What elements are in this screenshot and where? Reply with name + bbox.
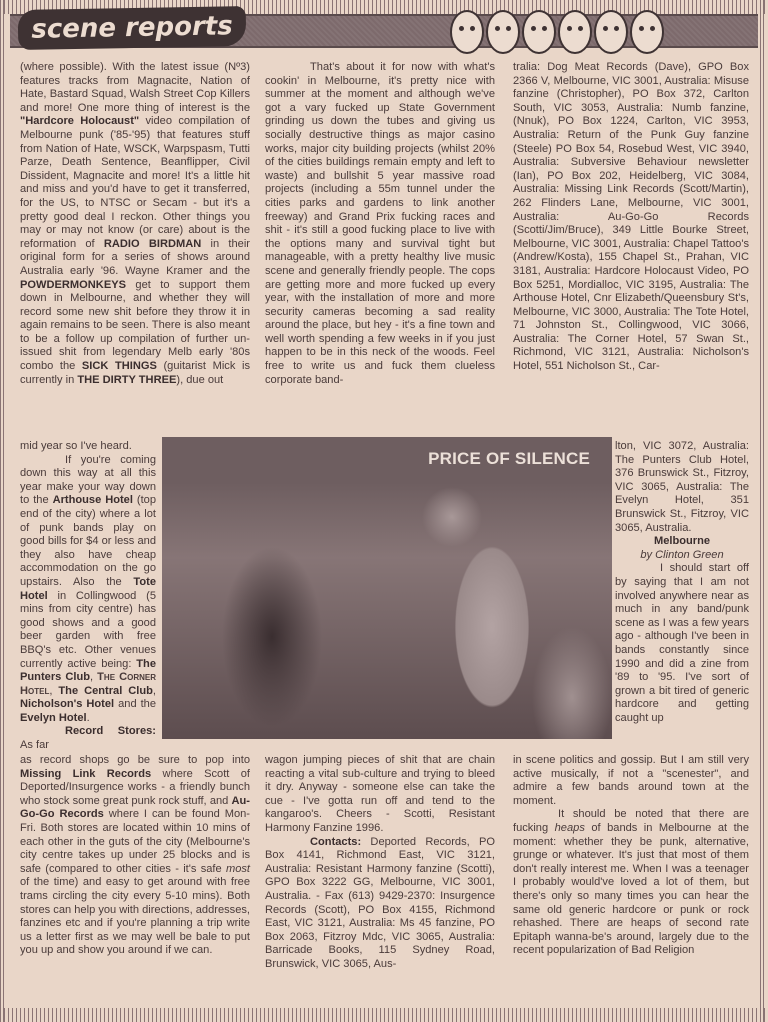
text: and the <box>114 698 156 710</box>
text: (where possible). With the latest issue … <box>20 61 250 114</box>
text: Deported Records, PO Box 4141, Richmond … <box>265 836 495 970</box>
cartoon-faces-illustration <box>450 0 665 54</box>
section-label: Contacts: <box>310 836 361 848</box>
section-heading: Melbourne <box>654 535 710 547</box>
bold-text: Missing Link Records <box>20 768 151 780</box>
column-3-top: tralia: Dog Meat Records (Dave), GPO Box… <box>513 61 749 374</box>
photo-caption: PRICE OF SILENCE <box>428 449 590 469</box>
bottom-border-ticks <box>0 1008 768 1022</box>
text: of the time) and easy to get around with… <box>20 876 250 956</box>
cartoon-face-icon <box>558 10 592 54</box>
column-3-narrow: lton, VIC 3072, Australia: The Punters C… <box>615 440 749 725</box>
column-1-top: (where possible). With the latest issue … <box>20 61 250 387</box>
column-3-bottom: in scene politics and gossip. But I am s… <box>513 754 749 958</box>
text: video compilation of Melbourne punk ('85… <box>20 115 250 249</box>
text: mid year so I've heard. <box>20 440 156 454</box>
cartoon-face-icon <box>594 10 628 54</box>
cartoon-face-icon <box>450 10 484 54</box>
column-1-narrow: mid year so I've heard. If you're coming… <box>20 440 156 753</box>
band-photo: PRICE OF SILENCE <box>162 437 612 739</box>
right-border <box>760 0 768 1022</box>
bold-text: The Central Club <box>58 685 153 697</box>
section-label: Record Stores: <box>65 725 156 737</box>
text: (top end of the city) where a lot of pun… <box>20 494 156 588</box>
page-title: scene reports <box>31 11 233 45</box>
text: get to support them down in Melbourne, a… <box>20 279 250 373</box>
text: ), due out <box>176 374 223 386</box>
column-2-bottom: wagon jumping pieces of shit that are ch… <box>265 754 495 972</box>
text: I should start off by saying that I am n… <box>615 562 749 725</box>
bold-text: Evelyn Hotel <box>20 712 87 724</box>
bold-text: POWDERMONKEYS <box>20 279 126 291</box>
scene-reports-logo: scene reports <box>18 6 247 50</box>
bold-text: Arthouse Hotel <box>53 494 133 506</box>
bold-text: SICK THINGS <box>82 360 157 372</box>
text: That's about it for now with what's cook… <box>265 61 495 387</box>
text: tralia: Dog Meat Records (Dave), GPO Box… <box>513 61 749 374</box>
italic-text: most <box>226 863 250 875</box>
text: wagon jumping pieces of shit that are ch… <box>265 754 495 836</box>
text: as record shops go be sure to pop into <box>20 754 250 766</box>
bold-text: RADIO BIRDMAN <box>104 238 201 250</box>
bold-text: "Hardcore Holocaust" <box>20 115 139 127</box>
byline: by Clinton Green <box>615 549 749 563</box>
cartoon-face-icon <box>522 10 556 54</box>
text: As far <box>20 739 49 751</box>
italic-text: heaps <box>555 822 585 834</box>
column-2-top: That's about it for now with what's cook… <box>265 61 495 387</box>
bold-text: THE DIRTY THREE <box>77 374 176 386</box>
column-1-bottom: as record shops go be sure to pop into M… <box>20 754 250 958</box>
left-border <box>0 0 8 1022</box>
cartoon-face-icon <box>630 10 664 54</box>
cartoon-face-icon <box>486 10 520 54</box>
text: in scene politics and gossip. But I am s… <box>513 754 749 808</box>
bold-text: Nicholson's Hotel <box>20 698 114 710</box>
text: of bands in Melbourne at the moment: whe… <box>513 822 749 956</box>
text: lton, VIC 3072, Australia: The Punters C… <box>615 440 749 535</box>
